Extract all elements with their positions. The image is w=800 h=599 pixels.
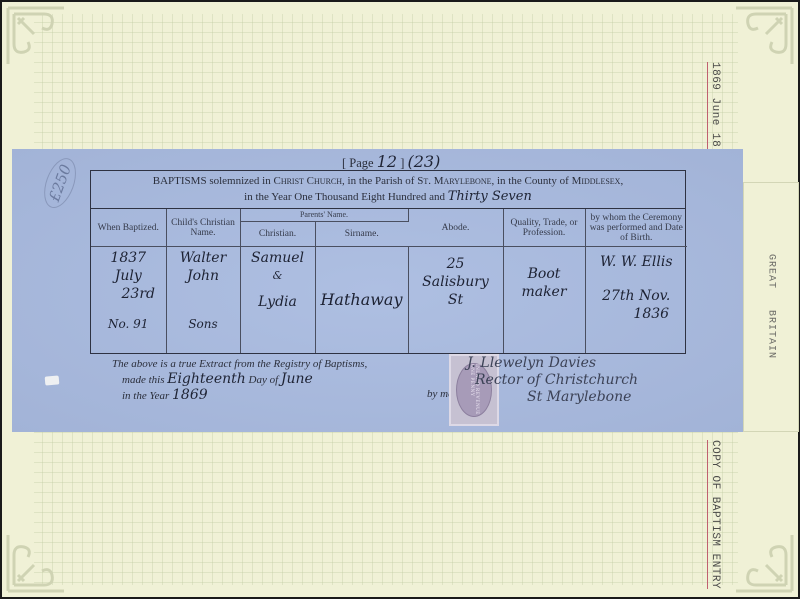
corner-ornament-icon	[726, 4, 796, 74]
child-second-name: John	[169, 267, 238, 285]
corner-ornament-icon	[4, 4, 74, 74]
page-margin	[2, 585, 798, 597]
child-note: Sons	[169, 315, 238, 333]
corner-ornament-icon	[726, 525, 796, 595]
birth-year: 1836	[588, 305, 686, 323]
page-ref-suffix: ]	[400, 156, 404, 170]
cell-parents-christian: Samuel & Lydia	[240, 247, 315, 354]
county-name: Middlesex	[572, 175, 621, 187]
heading-text: BAPTISMS solemnized in	[153, 175, 271, 187]
abode-street: Salisbury	[411, 273, 501, 291]
profession-line1: Boot	[506, 265, 583, 283]
profession-line2: maker	[506, 283, 583, 301]
col-header-parents-christian: Christian.	[240, 222, 315, 247]
heading-text: , in the County of	[492, 175, 569, 187]
signature-title: Rector of Christchurch	[467, 372, 707, 389]
church-name: Christ Church	[273, 175, 342, 187]
col-header-ceremony: by whom the Ceremony was performed and D…	[585, 209, 687, 247]
country-label: GREAT BRITAIN	[766, 254, 777, 359]
register-heading: BAPTISMS solemnized in Christ Church, in…	[91, 171, 685, 209]
year-handwritten: Thirty Seven	[448, 189, 532, 204]
heading-text: , in the Parish of	[342, 175, 414, 187]
pencil-price-note: £250	[38, 154, 82, 213]
signature-name: J. Llewelyn Davies	[467, 355, 707, 372]
album-page: 1869 June 18. GREAT BRITAIN COPY OF BAPT…	[2, 2, 798, 597]
entry-number: No. 91	[93, 315, 164, 333]
parish-name: St. Marylebone	[417, 175, 491, 187]
page-reference: [ Page 12 ] (23)	[342, 152, 440, 171]
heading-year-text: in the Year One Thousand Eight Hundred a…	[244, 191, 445, 203]
col-header-abode: Abode.	[408, 209, 503, 247]
birth-date: 27th Nov.	[588, 287, 686, 305]
col-header-profession: Quality, Trade, or Profession.	[503, 209, 585, 247]
mounting-hinge	[45, 375, 60, 385]
margin-date-note: 1869 June 18.	[707, 62, 721, 154]
officiant-name: W. W. Ellis	[588, 253, 686, 271]
table-row: 1837 July 23rd No. 91 Walter John Sons S…	[91, 247, 687, 354]
cell-profession: Boot maker	[503, 247, 585, 354]
col-header-child-name: Child's Christian Name.	[166, 209, 240, 247]
abode-suffix: St	[411, 291, 501, 309]
cell-when-baptized: 1837 July 23rd No. 91	[91, 247, 166, 354]
signature-parish: St Marylebone	[467, 389, 707, 406]
register-columns: When Baptized. Child's Christian Name. P…	[91, 209, 687, 353]
baptism-year: 1837	[93, 249, 164, 267]
cell-ceremony: W. W. Ellis 27th Nov. 1836	[585, 247, 687, 354]
corner-ornament-icon	[4, 525, 74, 595]
col-header-parents-sirname: Sirname.	[315, 222, 408, 247]
extract-day-of: Day of	[249, 374, 279, 386]
page-number: 12	[377, 152, 397, 171]
baptism-day: 23rd	[93, 285, 164, 303]
child-first-name: Walter	[169, 249, 238, 267]
abode-number: 25	[411, 255, 501, 273]
cell-abode: 25 Salisbury St	[408, 247, 503, 354]
extract-day: Eighteenth	[167, 371, 246, 387]
father-name: Samuel	[243, 249, 313, 267]
cell-child-name: Walter John Sons	[166, 247, 240, 354]
margin-caption: COPY OF BAPTISM ENTRY	[707, 440, 721, 589]
page-ref-prefix: [ Page	[342, 156, 374, 170]
rector-signature: J. Llewelyn Davies Rector of Christchurc…	[467, 355, 707, 406]
ampersand: &	[243, 267, 313, 285]
register-table: BAPTISMS solemnized in Christ Church, in…	[90, 170, 686, 354]
col-header-when-baptized: When Baptized.	[91, 209, 166, 247]
extract-made-this: made this	[122, 374, 164, 386]
cell-parents-sirname: Hathaway	[315, 247, 408, 354]
mother-name: Lydia	[243, 293, 313, 311]
col-header-parents: Parents' Name.	[240, 209, 408, 222]
surname: Hathaway	[318, 291, 406, 309]
country-label-box: GREAT BRITAIN	[743, 182, 799, 432]
extract-year: 1869	[172, 387, 208, 403]
baptism-month: July	[93, 267, 164, 285]
extract-month: June	[281, 371, 313, 387]
heading-text: ,	[620, 175, 623, 187]
page-margin	[2, 2, 798, 14]
extract-in-the-year: in the Year	[122, 390, 169, 402]
baptism-certificate: £250 [ Page 12 ] (23) BAPTISMS solemnize…	[12, 149, 743, 432]
entry-reference: (23)	[408, 152, 441, 171]
